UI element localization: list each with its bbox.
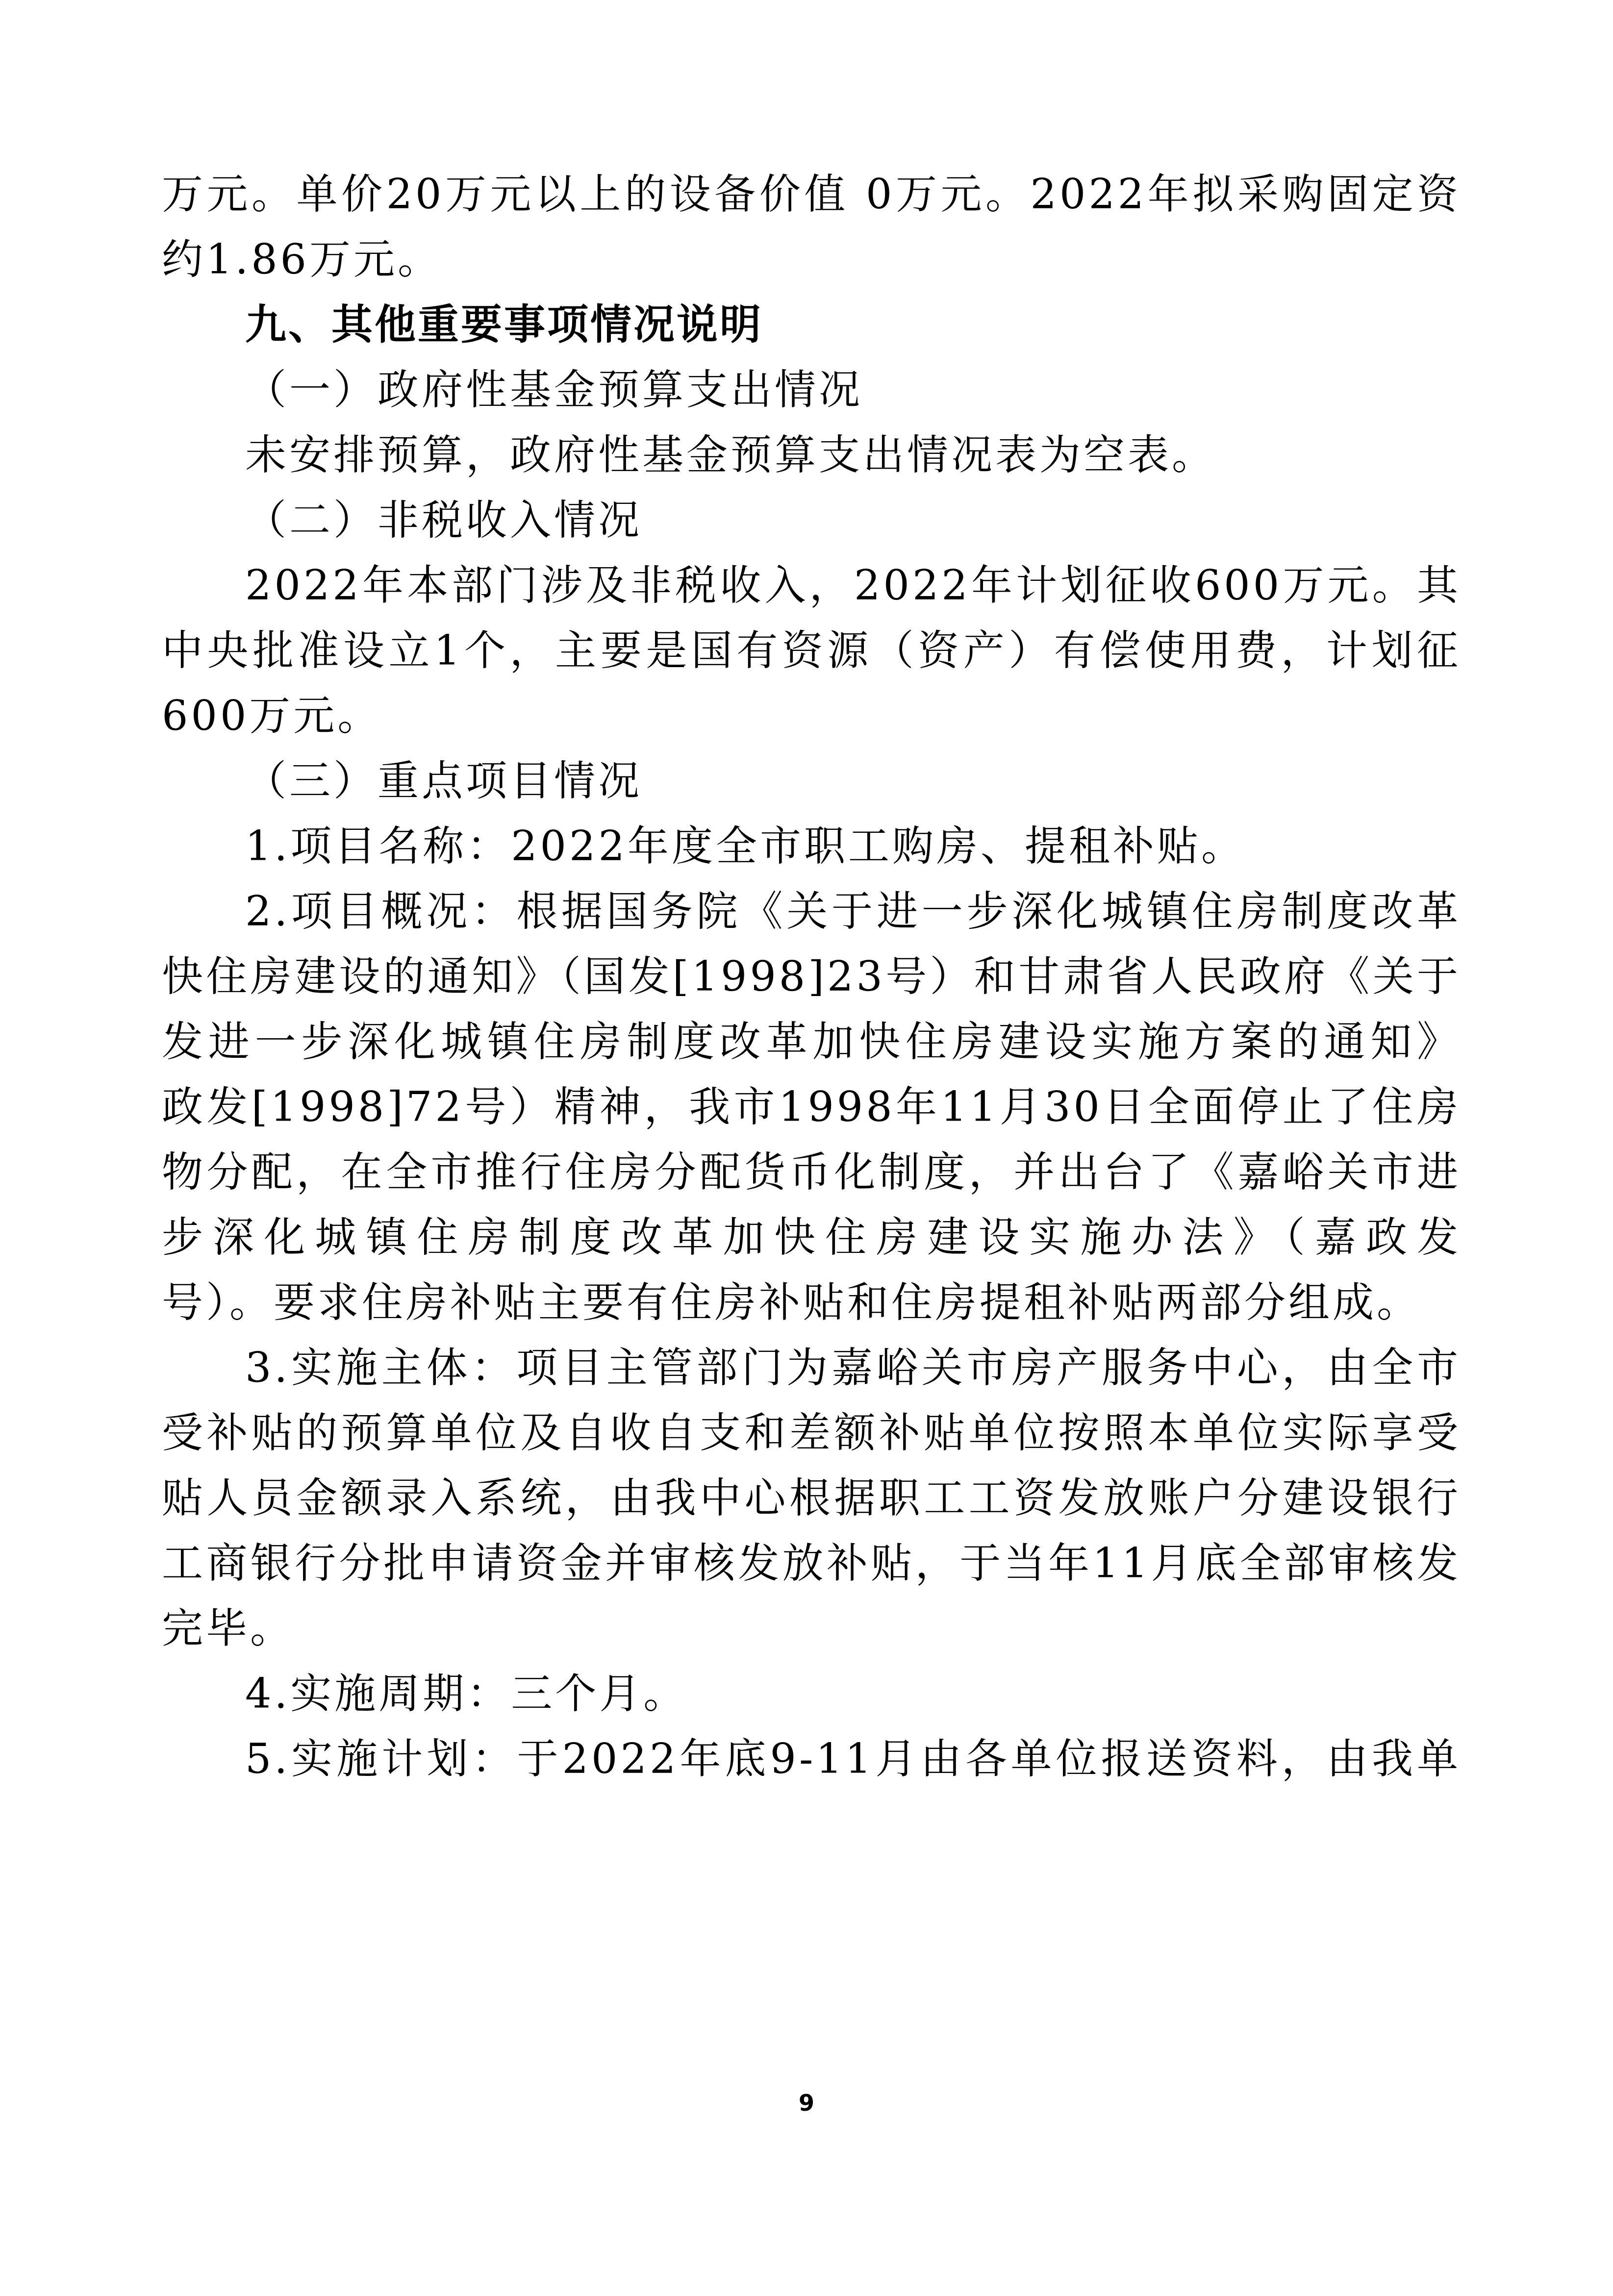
list-item-line: 受补贴的预算单位及自收自支和差额补贴单位按照本单位实际享受补 bbox=[162, 1400, 1461, 1466]
list-item-line: 3.实施主体：项目主管部门为嘉峪关市房产服务中心，由全市享 bbox=[162, 1335, 1461, 1400]
paragraph-line: 万元。单价20万元以上的设备价值 0万元。2022年拟采购固定资产 bbox=[162, 162, 1461, 227]
paragraph-line: 未安排预算，政府性基金预算支出情况表为空表。 bbox=[162, 423, 1461, 488]
subsection-heading: （二）非税收入情况 bbox=[162, 488, 1461, 553]
list-item-line: 政发[1998]72号）精神，我市1998年11月30日全面停止了住房实 bbox=[162, 1074, 1461, 1140]
list-item-line: 发进一步深化城镇住房制度改革加快住房建设实施方案的通知》（甘 bbox=[162, 1009, 1461, 1074]
subsection-heading: （三）重点项目情况 bbox=[162, 749, 1461, 814]
paragraph-line: 中央批准设立1个，主要是国有资源（资产）有偿使用费，计划征收 bbox=[162, 618, 1461, 683]
list-item-line: 5.实施计划：于2022年底9-11月由各单位报送资料，由我单位 bbox=[162, 1726, 1461, 1792]
list-item-line: 号）。要求住房补贴主要有住房补贴和住房提租补贴两部分组成。 bbox=[162, 1270, 1461, 1335]
paragraph-line: 600万元。 bbox=[162, 683, 1461, 749]
list-item-line: 1.项目名称：2022年度全市职工购房、提租补贴。 bbox=[162, 814, 1461, 879]
list-item-line: 物分配，在全市推行住房分配货币化制度，并出台了《嘉峪关市进一 bbox=[162, 1140, 1461, 1205]
list-item-line: 完毕。 bbox=[162, 1596, 1461, 1661]
list-item-line: 贴人员金额录入系统，由我中心根据职工工资发放账户分建设银行和 bbox=[162, 1466, 1461, 1531]
subsection-heading: （一）政府性基金预算支出情况 bbox=[162, 357, 1461, 423]
list-item-line: 工商银行分批申请资金并审核发放补贴，于当年11月底全部审核发放 bbox=[162, 1531, 1461, 1596]
document-page: 万元。单价20万元以上的设备价值 0万元。2022年拟采购固定资产 约1.86万… bbox=[162, 162, 1461, 1792]
section-heading: 九、其他重要事项情况说明 bbox=[162, 292, 1461, 357]
page-number: 9 bbox=[0, 2088, 1613, 2118]
list-item-line: 2.项目概况：根据国务院《关于进一步深化城镇住房制度改革加 bbox=[162, 879, 1461, 944]
paragraph-line: 2022年本部门涉及非税收入，2022年计划征收600万元。其中： bbox=[162, 553, 1461, 618]
list-item-line: 快住房建设的通知》（国发[1998]23号）和甘肃省人民政府《关于印 bbox=[162, 944, 1461, 1009]
list-item-line: 步深化城镇住房制度改革加快住房建设实施办法》（嘉政发[2000]33 bbox=[162, 1205, 1461, 1270]
paragraph-line: 约1.86万元。 bbox=[162, 227, 1461, 292]
list-item-line: 4.实施周期：三个月。 bbox=[162, 1661, 1461, 1726]
